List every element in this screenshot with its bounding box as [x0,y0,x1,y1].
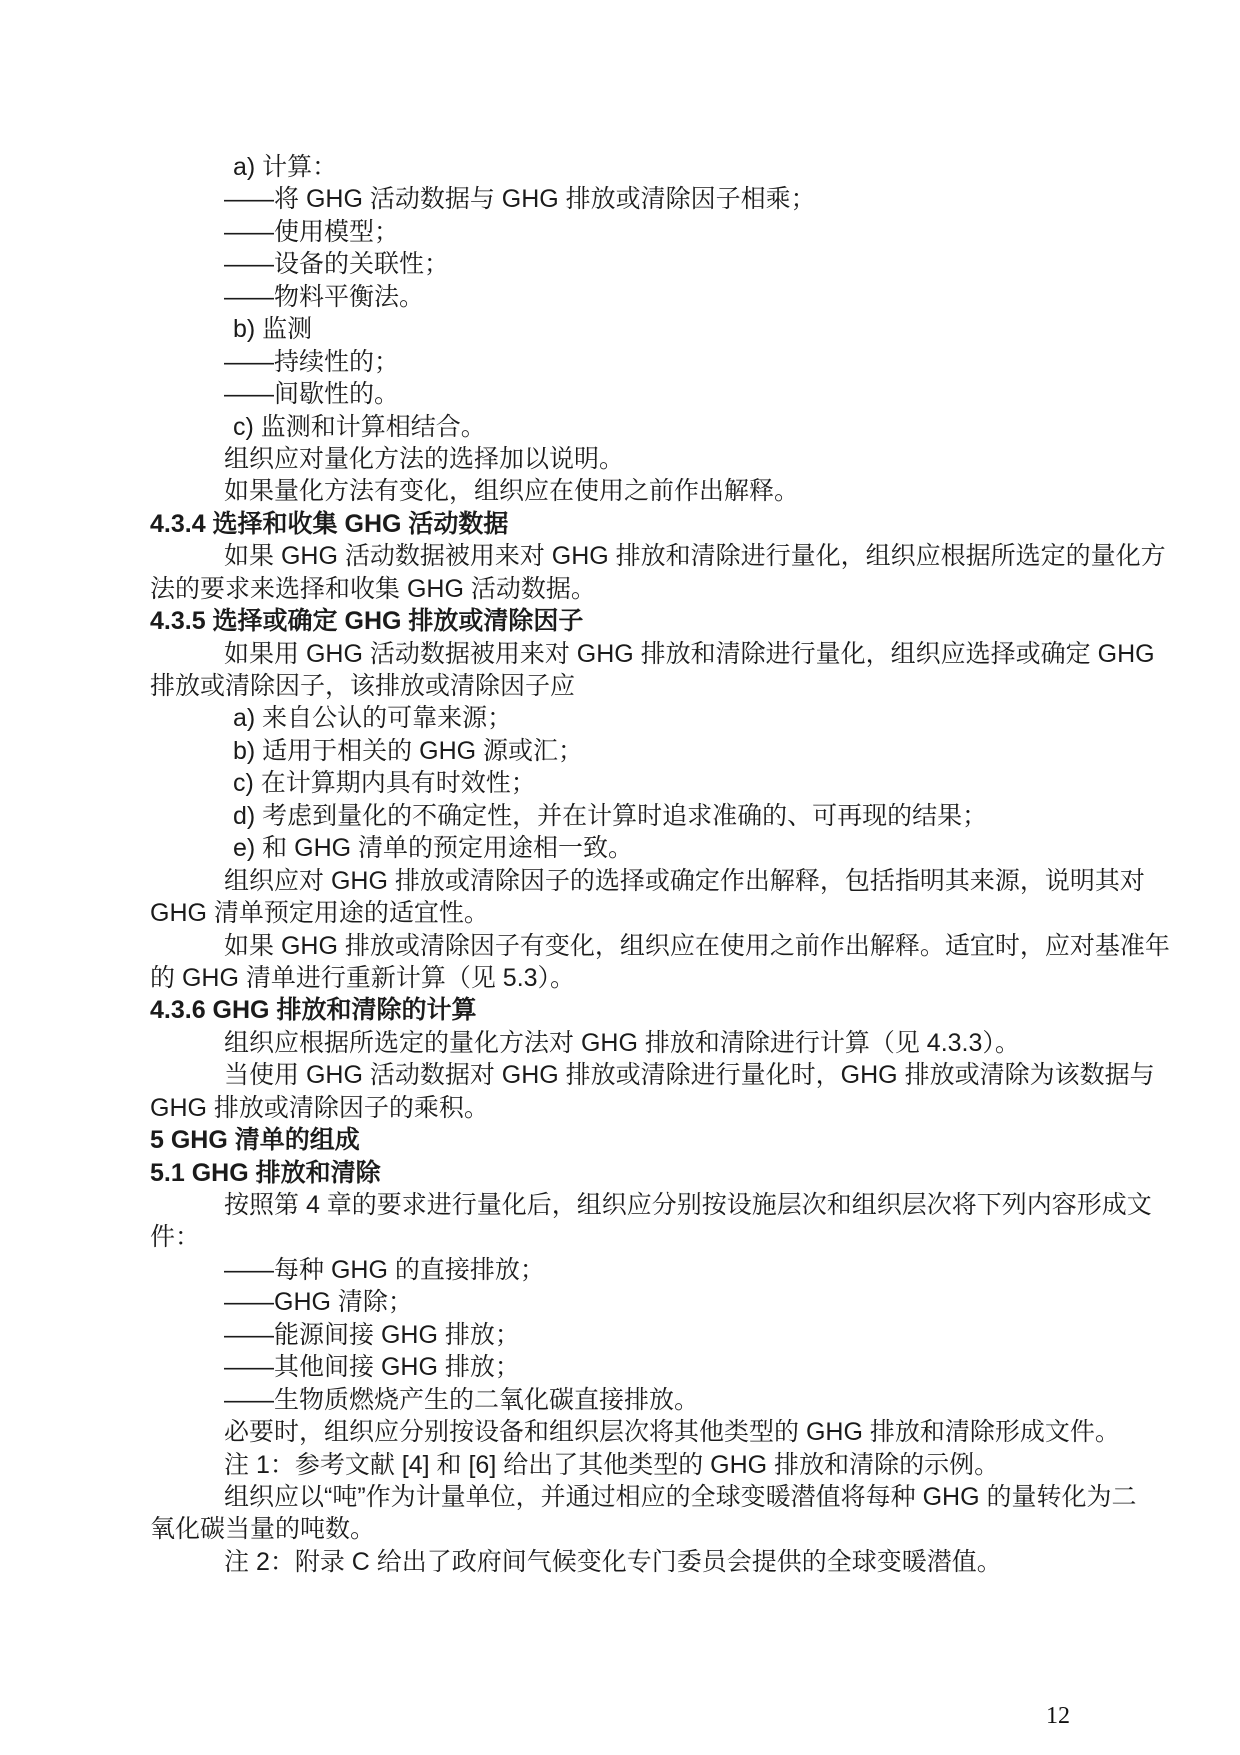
section-heading: 5 GHG 清单的组成 [150,1124,1090,1156]
text-line: ——物料平衡法。 [150,281,1090,313]
section-heading: 5.1 GHG 排放和清除 [150,1157,1090,1189]
document-page: a) 计算：——将 GHG 活动数据与 GHG 排放或清除因子相乘；——使用模型… [0,0,1240,1755]
text-line: b) 监测 [150,313,1090,345]
section-heading: 4.3.5 选择或确定 GHG 排放或清除因子 [150,605,1090,637]
text-line: c) 在计算期内具有时效性； [150,767,1090,799]
text-line: 当使用 GHG 活动数据对 GHG 排放或清除进行量化时，GHG 排放或清除为该… [150,1059,1090,1091]
text-line: 注 2：附录 C 给出了政府间气候变化专门委员会提供的全球变暖潜值。 [150,1546,1090,1578]
text-line: 组织应对量化方法的选择加以说明。 [150,443,1090,475]
text-line: 组织应根据所选定的量化方法对 GHG 排放和清除进行计算（见 4.3.3）。 [150,1027,1090,1059]
text-line: 排放或清除因子，该排放或清除因子应 [150,670,1090,702]
text-line: 的 GHG 清单进行重新计算（见 5.3）。 [150,962,1090,994]
text-line: 件： [150,1221,1090,1253]
text-line: 法的要求来选择和收集 GHG 活动数据。 [150,573,1090,605]
text-line: ——使用模型； [150,216,1090,248]
text-line: ——每种 GHG 的直接排放； [150,1254,1090,1286]
section-heading: 4.3.4 选择和收集 GHG 活动数据 [150,508,1090,540]
text-line: ——将 GHG 活动数据与 GHG 排放或清除因子相乘； [150,183,1090,215]
text-line: ——其他间接 GHG 排放； [150,1351,1090,1383]
text-line: c) 监测和计算相结合。 [150,411,1090,443]
text-line: 如果 GHG 排放或清除因子有变化，组织应在使用之前作出解释。适宜时，应对基准年 [150,930,1090,962]
text-line: ——生物质燃烧产生的二氧化碳直接排放。 [150,1384,1090,1416]
page-number: 12 [150,1701,1070,1731]
text-line: ——间歇性的。 [150,378,1090,410]
text-line: e) 和 GHG 清单的预定用途相一致。 [150,832,1090,864]
text-line: a) 计算： [150,151,1090,183]
section-heading: 4.3.6 GHG 排放和清除的计算 [150,994,1090,1026]
text-line: 按照第 4 章的要求进行量化后，组织应分别按设施层次和组织层次将下列内容形成文 [150,1189,1090,1221]
text-line: 氧化碳当量的吨数。 [150,1513,1090,1545]
document-content: a) 计算：——将 GHG 活动数据与 GHG 排放或清除因子相乘；——使用模型… [150,151,1090,1578]
text-line: d) 考虑到量化的不确定性，并在计算时追求准确的、可再现的结果； [150,800,1090,832]
text-line: 组织应对 GHG 排放或清除因子的选择或确定作出解释，包括指明其来源，说明其对 [150,865,1090,897]
text-line: ——GHG 清除； [150,1286,1090,1318]
text-line: 如果用 GHG 活动数据被用来对 GHG 排放和清除进行量化，组织应选择或确定 … [150,638,1090,670]
text-line: 注 1：参考文献 [4] 和 [6] 给出了其他类型的 GHG 排放和清除的示例… [150,1449,1090,1481]
text-line: 如果量化方法有变化，组织应在使用之前作出解释。 [150,475,1090,507]
text-line: GHG 排放或清除因子的乘积。 [150,1092,1090,1124]
text-line: 如果 GHG 活动数据被用来对 GHG 排放和清除进行量化，组织应根据所选定的量… [150,540,1090,572]
text-line: ——持续性的； [150,346,1090,378]
text-line: GHG 清单预定用途的适宜性。 [150,897,1090,929]
text-line: 必要时，组织应分别按设备和组织层次将其他类型的 GHG 排放和清除形成文件。 [150,1416,1090,1448]
text-line: 组织应以“吨”作为计量单位，并通过相应的全球变暖潜值将每种 GHG 的量转化为二 [150,1481,1090,1513]
text-line: ——设备的关联性； [150,248,1090,280]
text-line: b) 适用于相关的 GHG 源或汇； [150,735,1090,767]
text-line: ——能源间接 GHG 排放； [150,1319,1090,1351]
text-line: a) 来自公认的可靠来源； [150,702,1090,734]
